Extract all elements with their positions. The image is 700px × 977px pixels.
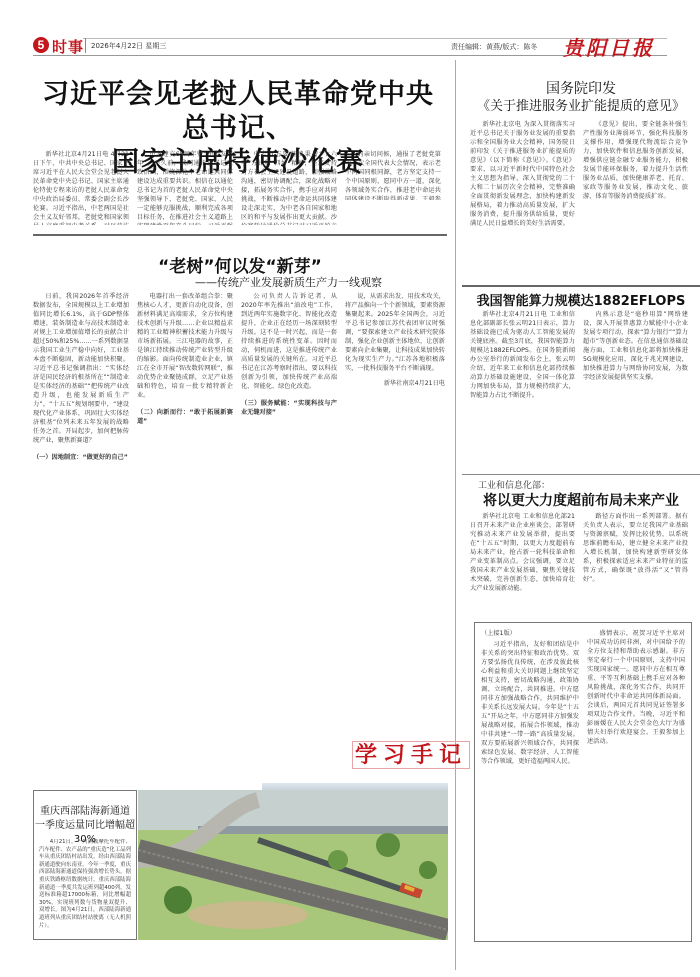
chongqing-body: 4月21日，一列满载摩托车配件、汽车配件、农产品的“重庆造”化工品列车从重庆团结… — [39, 839, 131, 929]
state-council-headline-line2: 《关于推进服务业扩能提质的意见》 — [462, 98, 700, 116]
newspaper-logo-subtitle: GUIYANG DAILY — [571, 53, 607, 57]
future-industry-column-2: 路径方面作出一系列部署。据有关负责人表示，要立足我国产业基础与资源禀赋，发挥比较… — [583, 512, 688, 612]
continued-column-1: （上接1版） 习近平指出，友好和团结是中非关系的突出特征和政治优势。双方要弘扬优… — [481, 629, 579, 934]
chongqing-text: 4月21日，一列满载摩托车配件、汽车配件、农产品的“重庆造”化工品列车从重庆团结… — [39, 839, 131, 929]
feature-subheadline: ——传统产业发展新质生产力一线观察 — [130, 274, 447, 290]
lead-headline-line1: 习近平会见老挝人民革命党中央总书记、 — [33, 78, 443, 146]
future-industry-text-1: 新华社北京电 工业和信息化部21日召开未来产业企业座谈会，部署研究推动未来产业发… — [470, 512, 575, 593]
train-photo — [138, 790, 448, 940]
lead-column-3: 中老双方要继续秉持“十六字”方针和“四好”精神，坚定支持对方社会主义建设道路，加… — [241, 150, 337, 225]
page-number-badge: 5 — [33, 37, 49, 53]
feature-text-1: 日前，我国2026年首季经济数据发布，全国规模以上工业增加值同比增长6.1%，高… — [33, 292, 129, 445]
lead-text-4: 的亲切问候，通报了老挝党第十二次全国代表大会情况，表示老中两国同根同源，老方坚定… — [345, 150, 441, 200]
future-industry-column-1: 新华社北京电 工业和信息化部21日召开未来产业企业座谈会，部署研究推动未来产业发… — [470, 512, 575, 612]
state-council-bottom-rule — [462, 285, 700, 287]
lead-text-3: 中老双方要继续秉持“十六字”方针和“四好”精神，坚定支持对方社会主义建设道路，加… — [241, 150, 337, 225]
chongqing-box: 重庆西部陆海新通道 一季度运量同比增幅超30% 4月21日，一列满载摩托车配件、… — [33, 790, 137, 940]
continued-kicker: （上接1版） — [481, 629, 579, 638]
masthead-divider — [85, 38, 86, 53]
compute-column-2: 内熟示意是“毫秒用算”网络建设，深入开展普惠算力赋能中小企业发展专项行动，探索“… — [583, 310, 688, 460]
issue-date: 2026年4月22日 星期三 — [91, 41, 166, 51]
lead-column-4: 的亲切问候，通报了老挝党第十二次全国代表大会情况，表示老中两国同根同源，老方坚定… — [345, 150, 441, 200]
continued-text-1: 习近平指出，友好和团结是中非关系的突出特征和政治优势。双方要弘扬优良传统，在涉及… — [481, 640, 579, 766]
state-council-column-1: 新华社北京电 为深入贯彻落实习近平总书记关于服务业发展的重要指示和全国服务业大会… — [470, 120, 575, 280]
feature-column-2: 电器打出一套改革组合拳：聚焦核心人才，更新自动化设备，创新材料满足高端需求，全方… — [137, 292, 233, 770]
editor-credit: 责任编辑：黄燕/版式：陈冬 — [451, 42, 537, 52]
feature-column-1: 日前，我国2026年首季经济数据发布，全国规模以上工业增加值同比增长6.1%，高… — [33, 292, 129, 770]
future-industry-headline: 将以更大力度超前布局未来产业 — [462, 490, 700, 510]
compute-text-1: 新华社北京4月21日电 工业和信息化部副部长张云明21日表示，算力基础设施已成为… — [470, 310, 575, 400]
feature-section-3-label: （三）服务赋能：“实现科技与产业无缝对接” — [241, 399, 337, 417]
lead-bottom-rule — [33, 234, 447, 236]
lead-text-2: 中老建交65周年暨“中老友好年”。不久前，我同通伦总书记互致信函，围绕深化中老命… — [137, 150, 233, 225]
feature-column-3: 公司负责人告诉记者，从2020年率先推出“油改电”工作，到近两年实施数字化、智能… — [241, 292, 337, 770]
xuexi-shouji-label: 学习手记 — [352, 741, 470, 769]
railway-train-aerial-icon — [138, 790, 448, 940]
chongqing-headline-line1: 重庆西部陆海新通道 — [34, 805, 136, 819]
state-council-headline-line1: 国务院印发 — [462, 80, 700, 98]
state-council-text-2: 《意见》提出，要全链条补强生产性服务业薄弱环节，强化科技服务支撑作用，增强现代物… — [583, 120, 688, 201]
xuexi-shouji-tag: 学习手记 — [352, 738, 470, 769]
feature-text-2: 电器打出一套改革组合拳：聚焦核心人才，更新自动化设备，创新材料满足高端需求，全方… — [137, 292, 233, 400]
lead-column-1: 新华社北京4月21日电 4月21日下午，中共中央总书记、国家主席习近平在人民大会… — [33, 150, 129, 225]
compute-column-1: 新华社北京4月21日电 工业和信息化部副部长张云明21日表示，算力基础设施已成为… — [470, 310, 575, 460]
feature-byline: 新华社南京4月21日电 — [345, 379, 445, 388]
lead-column-2: 中老建交65周年暨“中老友好年”。不久前，我同通伦总书记互致信函，围绕深化中老命… — [137, 150, 233, 225]
compute-text-2: 内熟示意是“毫秒用算”网络建设，深入开展普惠算力赋能中小企业发展专项行动，探索“… — [583, 310, 688, 382]
section-name: 时事 — [52, 36, 84, 57]
state-council-headline: 国务院印发 《关于推进服务业扩能提质的意见》 — [462, 80, 700, 116]
feature-section-1-label: （一）因地制宜：“做更好的自己” — [33, 453, 129, 462]
continued-text-2: 盛情表示，祝贺习近平主席对中国成功访问非洲，对中国给予的全方位支持和帮助表示感谢… — [587, 629, 685, 746]
state-council-text-1: 新华社北京电 为深入贯彻落实习近平总书记关于服务业发展的重要指示和全国服务业大会… — [470, 120, 575, 228]
continued-article-box: （上接1版） 习近平指出，友好和团结是中非关系的突出特征和政治优势。双方要弘扬优… — [474, 622, 692, 942]
compute-headline: 我国智能算力规模达1882EFLOPS — [462, 290, 700, 309]
state-council-column-2: 《意见》提出，要全链条补强生产性服务业薄弱环节，强化科技服务支撑作用，增强现代物… — [583, 120, 688, 280]
feature-section-2-label: （二）向新而行：“敢于拓展新赛道” — [137, 408, 233, 426]
lead-text-1: 新华社北京4月21日电 4月21日下午，中共中央总书记、国家主席习近平在人民大会… — [33, 150, 129, 225]
compute-bottom-rule — [462, 474, 700, 475]
continued-column-2: 盛情表示，祝贺习近平主席对中国成功访问非洲，对中国给予的全方位支持和帮助表示感谢… — [587, 629, 685, 934]
masthead: 5 时事 2026年4月22日 星期三 责任编辑：黄燕/版式：陈冬 贵阳日报 G… — [33, 36, 667, 56]
feature-column-4: 说，从需求出发、用技术攻关，将产品推向一个个新领域，要素资源集聚起来。2025年… — [345, 292, 445, 712]
column-divider — [455, 60, 456, 970]
feature-text-3: 公司负责人告诉记者，从2020年率先推出“油改电”工作，到近两年实施数字化、智能… — [241, 292, 337, 391]
feature-text-4: 说，从需求出发、用技术攻关，将产品推向一个个新领域，要素资源集聚起来。2025年… — [345, 292, 445, 373]
future-industry-text-2: 路径方面作出一系列部署。据有关负责人表示，要立足我国产业基础与资源禀赋，发挥比较… — [583, 512, 688, 584]
